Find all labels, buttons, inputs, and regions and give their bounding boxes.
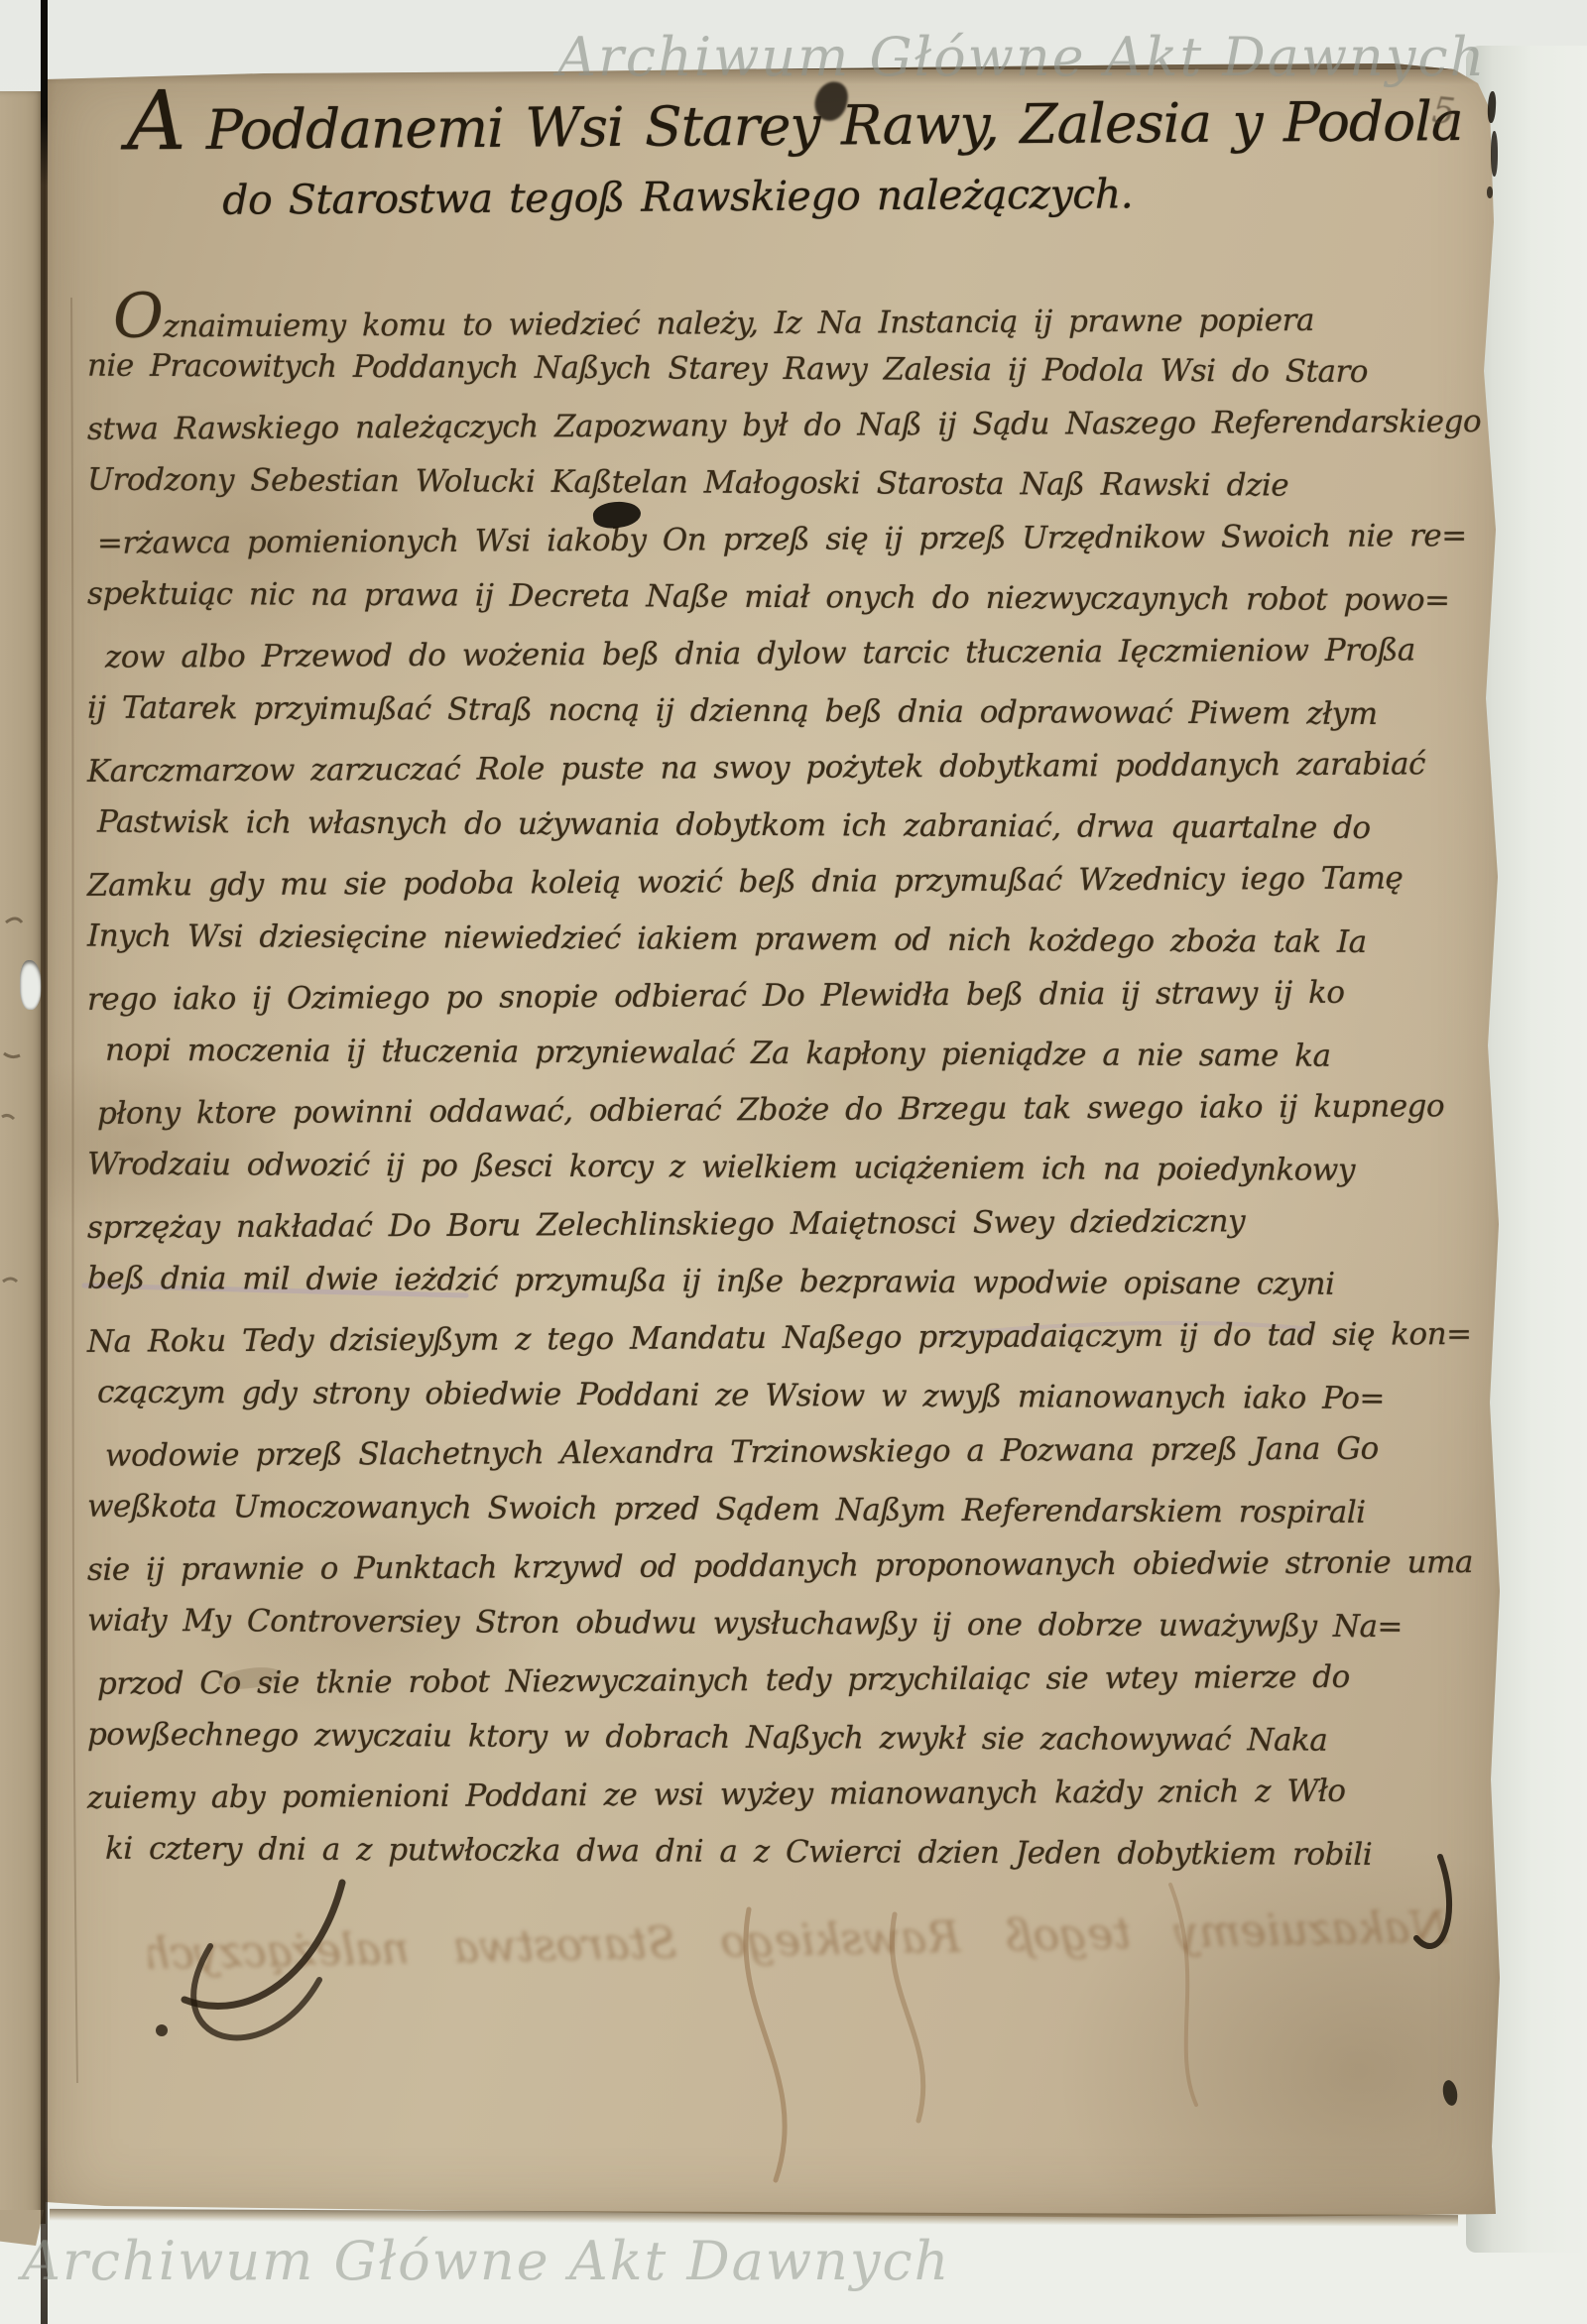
body-line: wodowie przeß Slachetnych Alexandra Trzi… (87, 1420, 1456, 1485)
body-line: ki cztery dni a z putwłoczka dwa dni a z… (87, 1820, 1456, 1884)
manuscript-body: Oznaimuiemy komu to wiedzieć należy, Iz … (87, 284, 1456, 1881)
heading-line: A Poddanemi Wsi Starey Rawy, Zalesia y P… (126, 73, 1377, 171)
body-line: Inych Wsi dziesięcine niewiedzieć iakiem… (87, 908, 1456, 971)
body-line: Urodzony Sebestian Wolucki Kaßtelan Mało… (87, 451, 1456, 515)
body-line: przod Co sie tknie robot Niezwyczainych … (87, 1649, 1456, 1713)
page-number: 5 (1430, 90, 1457, 133)
body-line: =rżawca pomienionych Wsi iakoby On przeß… (87, 508, 1456, 572)
body-line: stwa Rawskiego należączych Zapozwany był… (87, 394, 1456, 458)
body-line: nie Pracowitych Poddanych Naßych Starey … (87, 337, 1456, 401)
body-line: Zamku gdy mu sie podoba koleią wozić beß… (87, 850, 1456, 915)
manuscript-scan: A Poddanemi Wsi Starey Rawy, Zalesia y P… (0, 0, 1587, 2324)
body-line: weßkota Umoczowanych Swoich przed Sądem … (87, 1478, 1456, 1541)
body-line: nopi moczenia ij tłuczenia przyniewalać … (87, 1022, 1456, 1085)
body-line: zow albo Przewod do wożenia beß dnia dyl… (87, 622, 1456, 686)
body-line: wiały My Controversiey Stron obudwu wysł… (87, 1592, 1456, 1655)
left-strip-fold (0, 2210, 44, 2246)
body-line: sie ij prawnie o Punktach krzywd od podd… (87, 1534, 1456, 1599)
archive-watermark-bottom: Archiwum Główne Akt Dawnych (22, 2230, 950, 2292)
body-line: spektuiąc nic na prawa ij Decreta Naße m… (87, 565, 1456, 629)
body-line: powßechnego zwyczaiu ktory w dobrach Naß… (87, 1706, 1456, 1770)
body-line: zuiemy aby pomienioni Poddani ze wsi wyż… (87, 1763, 1456, 1827)
binding-gutter (41, 0, 48, 2324)
edge-ink-mark (1487, 186, 1493, 198)
manuscript-heading: A Poddanemi Wsi Starey Rawy, Zalesia y P… (126, 73, 1377, 232)
body-line: sprzężay nakładać Do Boru Zelechlinskieg… (87, 1192, 1456, 1257)
heading-line: do Starostwa tegoß Rawskiego należączych… (222, 162, 1377, 231)
body-line: czączym gdy strony obiedwie Poddani ze W… (87, 1364, 1456, 1427)
body-line: rego iako ij Ozimiego po snopie odbierać… (87, 964, 1456, 1029)
body-line: Karczmarzow zarzuczać Role puste na swoy… (87, 736, 1456, 800)
body-line: Wrodzaiu odwozić ij po ßesci korcy z wie… (87, 1136, 1456, 1199)
left-page-strip (0, 91, 46, 2224)
body-line: Pastwisk ich własnych do używania dobytk… (87, 794, 1456, 857)
body-line: Oznaimuiemy komu to wiedzieć należy, Iz … (87, 280, 1456, 344)
edge-ink-mark (1491, 131, 1498, 177)
body-line: ij Tatarek przyimußać Straß nocną ij dzi… (87, 679, 1456, 743)
paper-hole (20, 960, 42, 1010)
body-line: beß dnia mil dwie ieżdzić przymußa ij in… (87, 1250, 1456, 1313)
body-line: płony ktore powinni oddawać, odbierać Zb… (87, 1078, 1456, 1143)
body-line: Na Roku Tedy dzisieyßym z tego Mandatu N… (87, 1306, 1456, 1371)
